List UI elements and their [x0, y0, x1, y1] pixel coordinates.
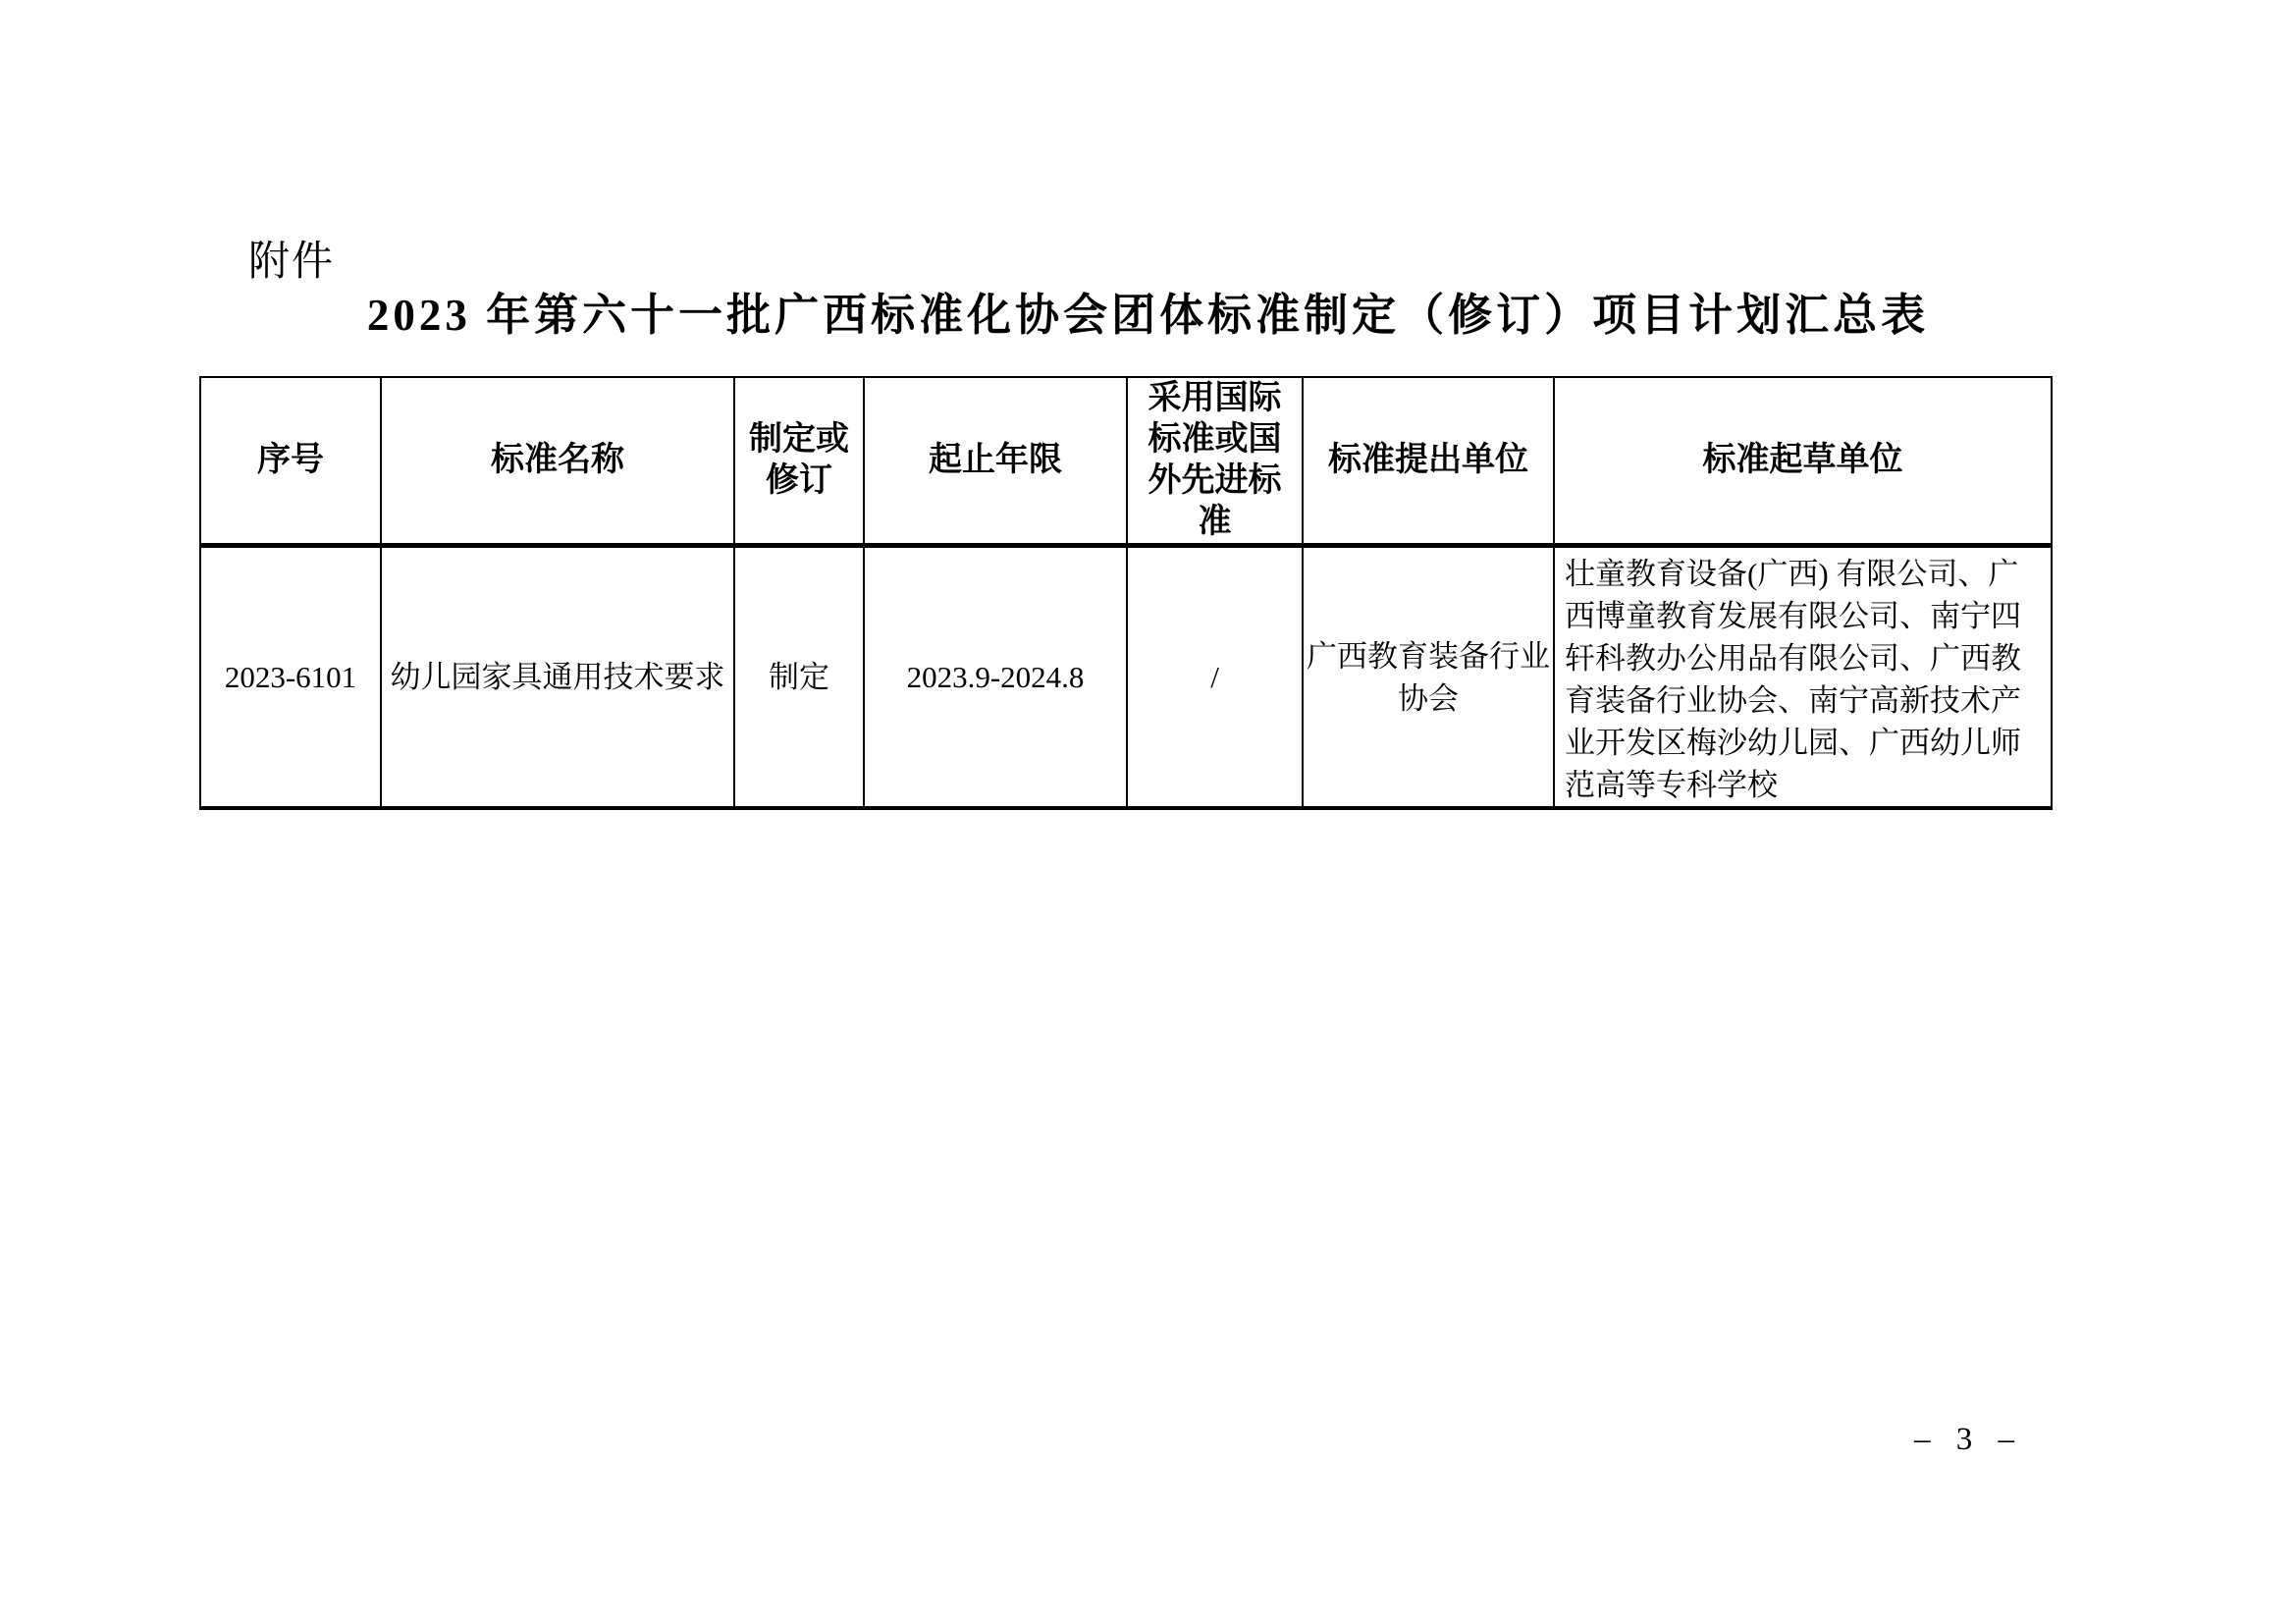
col-header-standard-name: 标准名称 [381, 377, 734, 546]
col-header-proposing-unit: 标准提出单位 [1303, 377, 1554, 546]
plan-summary-table: 序号 标准名称 制定或修订 起止年限 采用国际标准或国外先进标准 标准提出单位 … [199, 376, 2053, 810]
table-row: 2023-6101 幼儿园家具通用技术要求 制定 2023.9-2024.8 /… [200, 546, 2052, 809]
col-header-period: 起止年限 [864, 377, 1127, 546]
cell-drafting-unit: 壮童教育设备(广西) 有限公司、广西博童教育发展有限公司、南宁四轩科教办公用品有… [1554, 546, 2052, 809]
table-header-row: 序号 标准名称 制定或修订 起止年限 采用国际标准或国外先进标准 标准提出单位 … [200, 377, 2052, 546]
cell-standard-name: 幼儿园家具通用技术要求 [381, 546, 734, 809]
cell-serial: 2023-6101 [200, 546, 381, 809]
cell-period: 2023.9-2024.8 [864, 546, 1127, 809]
col-header-formulate-or-revise: 制定或修订 [734, 377, 864, 546]
col-header-drafting-unit: 标准起草单位 [1554, 377, 2052, 546]
page-title: 2023 年第六十一批广西标准化协会团体标准制定（修订）项目计划汇总表 [0, 291, 2296, 342]
document-page: 附件 2023 年第六十一批广西标准化协会团体标准制定（修订）项目计划汇总表 序… [0, 0, 2296, 1624]
page-number: – 3 – [1914, 1422, 2015, 1458]
cell-formulate-or-revise: 制定 [734, 546, 864, 809]
attachment-label: 附件 [248, 240, 335, 285]
cell-international-standard: / [1127, 546, 1303, 809]
col-header-international-standard: 采用国际标准或国外先进标准 [1127, 377, 1303, 546]
cell-proposing-unit: 广西教育装备行业协会 [1303, 546, 1554, 809]
col-header-serial: 序号 [200, 377, 381, 546]
